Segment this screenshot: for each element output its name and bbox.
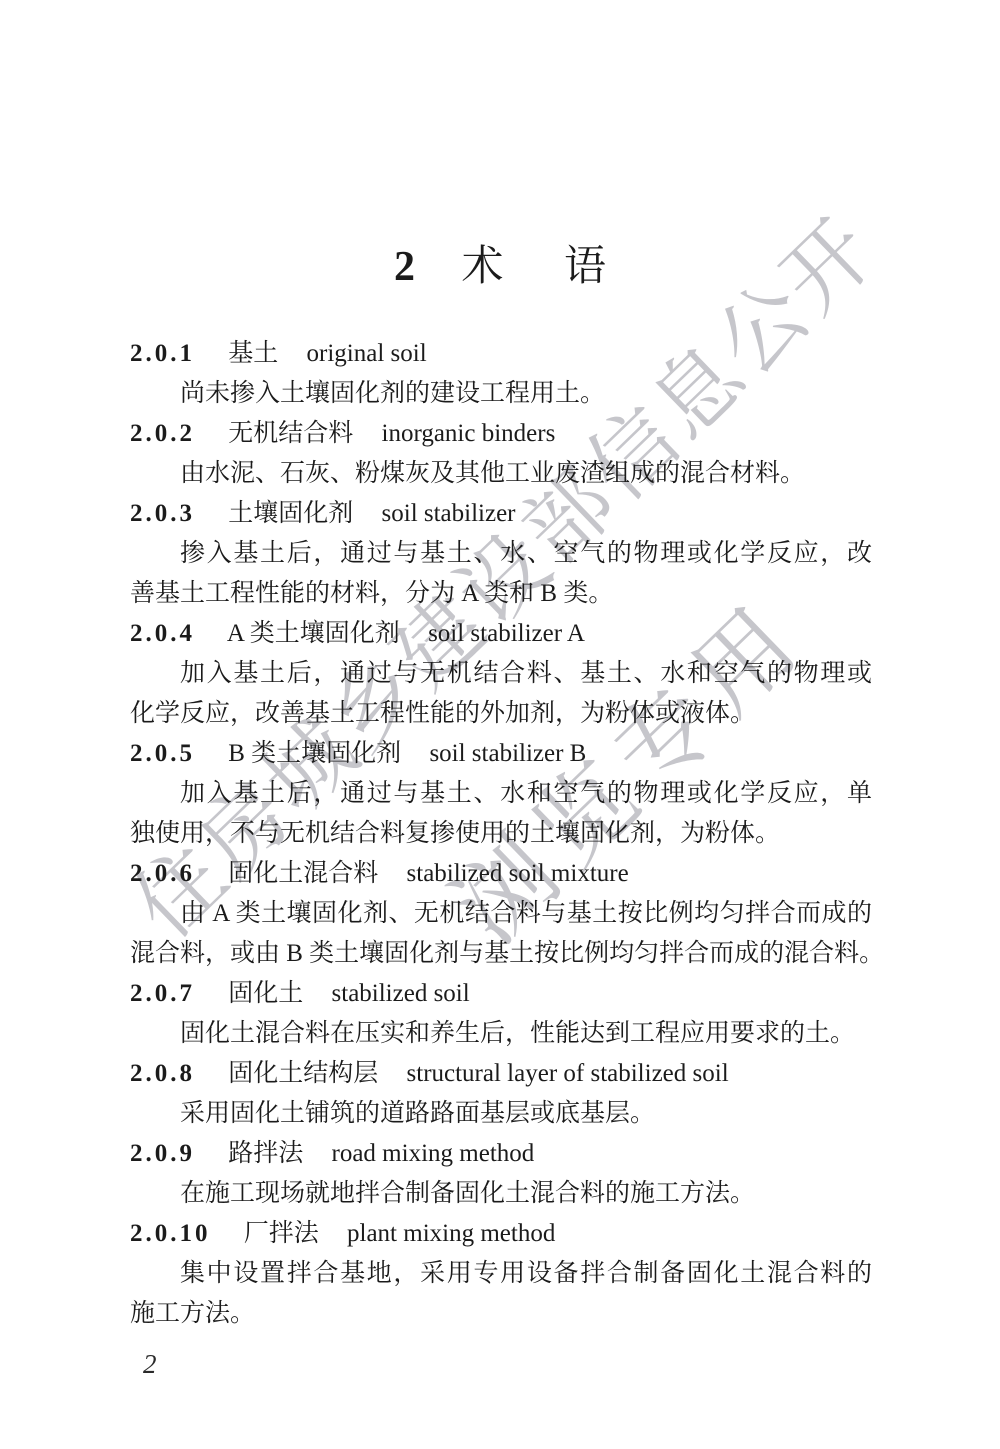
term-chinese: 固化土 xyxy=(228,980,303,1007)
chapter-title: 2 术 语 xyxy=(129,243,871,291)
term-item: 2.0.9 路拌法 road mixing method 在施工现场就地拌合制备… xyxy=(130,1134,872,1214)
term-number: 2.0.6 xyxy=(130,860,195,887)
term-number: 2.0.5 xyxy=(130,740,195,767)
term-heading: 2.0.6 固化土混合料 stabilized soil mixture xyxy=(130,854,872,894)
term-item: 2.0.10 厂拌法 plant mixing method 集中设置拌合基地，… xyxy=(130,1214,872,1334)
term-chinese: 固化土结构层 xyxy=(228,1060,378,1087)
definition-line: 采用固化土铺筑的道路路面基层或底基层。 xyxy=(130,1094,872,1134)
page-number: 2 xyxy=(143,1349,157,1380)
chapter-number: 2 xyxy=(394,244,415,290)
term-heading: 2.0.8 固化土结构层 structural layer of stabili… xyxy=(130,1054,872,1094)
term-number: 2.0.9 xyxy=(130,1140,195,1167)
term-number: 2.0.1 xyxy=(130,340,195,367)
term-item: 2.0.3 土壤固化剂 soil stabilizer 掺入基土后，通过与基土、… xyxy=(130,494,872,614)
definition-line: 掺入基土后，通过与基土、水、空气的物理或化学反应，改 xyxy=(130,534,872,574)
content-layer: 2 术 语 2.0.1 基土 original soil 尚未掺入土壤固化剂的建… xyxy=(0,0,1000,1449)
term-item: 2.0.6 固化土混合料 stabilized soil mixture 由 A… xyxy=(130,854,872,974)
chapter-name-char-2: 语 xyxy=(564,244,606,290)
definition-line: 加入基土后，通过与无机结合料、基土、水和空气的物理或 xyxy=(130,654,872,694)
term-number: 2.0.2 xyxy=(130,420,195,447)
term-chinese: 厂拌法 xyxy=(244,1220,319,1247)
term-definition: 在施工现场就地拌合制备固化土混合料的施工方法。 xyxy=(130,1174,872,1214)
term-definition: 尚未掺入土壤固化剂的建设工程用土。 xyxy=(130,374,872,414)
term-chinese: 无机结合料 xyxy=(228,420,353,447)
term-definition: 由 A 类土壤固化剂、无机结合料与基土按比例均匀拌合而成的混合料，或由 B 类土… xyxy=(130,894,872,974)
term-number: 2.0.10 xyxy=(130,1220,211,1247)
term-heading: 2.0.5 B 类土壤固化剂 soil stabilizer B xyxy=(130,734,872,774)
term-heading: 2.0.7 固化土 stabilized soil xyxy=(130,974,872,1014)
term-item: 2.0.2 无机结合料 inorganic binders 由水泥、石灰、粉煤灰… xyxy=(130,414,872,494)
definition-line: 善基土工程性能的材料，分为 A 类和 B 类。 xyxy=(130,574,872,614)
term-number: 2.0.4 xyxy=(130,620,195,647)
term-item: 2.0.7 固化土 stabilized soil 固化土混合料在压实和养生后，… xyxy=(130,974,872,1054)
term-english: soil stabilizer A xyxy=(428,620,585,647)
term-english: stabilized soil mixture xyxy=(407,860,629,887)
term-item: 2.0.4 A 类土壤固化剂 soil stabilizer A 加入基土后，通… xyxy=(130,614,872,734)
definition-line: 集中设置拌合基地，采用专用设备拌合制备固化土混合料的 xyxy=(130,1254,872,1294)
term-english: stabilized soil xyxy=(332,980,470,1007)
term-number: 2.0.3 xyxy=(130,500,195,527)
document-page: 住房城乡建设部信息公开 浏览专用 2 术 语 2.0.1 基土 original… xyxy=(0,0,1000,1449)
term-english: original soil xyxy=(307,340,427,367)
term-english: soil stabilizer B xyxy=(429,740,586,767)
term-heading: 2.0.9 路拌法 road mixing method xyxy=(130,1134,872,1174)
term-english: inorganic binders xyxy=(382,420,556,447)
definition-line: 混合料，或由 B 类土壤固化剂与基土按比例均匀拌合而成的混合料。 xyxy=(130,934,872,974)
term-chinese: 土壤固化剂 xyxy=(228,500,353,527)
term-definition: 掺入基土后，通过与基土、水、空气的物理或化学反应，改善基土工程性能的材料，分为 … xyxy=(130,534,872,614)
definition-line: 加入基土后，通过与基土、水和空气的物理或化学反应，单 xyxy=(130,774,872,814)
term-item: 2.0.8 固化土结构层 structural layer of stabili… xyxy=(130,1054,872,1134)
term-english: structural layer of stabilized soil xyxy=(407,1060,729,1087)
term-heading: 2.0.2 无机结合料 inorganic binders xyxy=(130,414,872,454)
term-heading: 2.0.3 土壤固化剂 soil stabilizer xyxy=(130,494,872,534)
term-item: 2.0.5 B 类土壤固化剂 soil stabilizer B 加入基土后，通… xyxy=(130,734,872,854)
definition-line: 化学反应，改善基土工程性能的外加剂，为粉体或液体。 xyxy=(130,694,872,734)
term-english: road mixing method xyxy=(332,1140,535,1167)
definition-line: 在施工现场就地拌合制备固化土混合料的施工方法。 xyxy=(130,1174,872,1214)
chapter-name-char-1: 术 xyxy=(461,244,503,290)
term-english: plant mixing method xyxy=(347,1220,555,1247)
definition-line: 由水泥、石灰、粉煤灰及其他工业废渣组成的混合材料。 xyxy=(130,454,872,494)
term-number: 2.0.8 xyxy=(130,1060,195,1087)
definition-line: 施工方法。 xyxy=(130,1294,872,1334)
term-heading: 2.0.10 厂拌法 plant mixing method xyxy=(130,1214,872,1254)
term-heading: 2.0.4 A 类土壤固化剂 soil stabilizer A xyxy=(130,614,872,654)
definition-line: 尚未掺入土壤固化剂的建设工程用土。 xyxy=(130,374,872,414)
term-definition: 加入基土后，通过与基土、水和空气的物理或化学反应，单独使用，不与无机结合料复掺使… xyxy=(130,774,872,854)
term-chinese: A 类土壤固化剂 xyxy=(227,620,400,647)
term-definition: 集中设置拌合基地，采用专用设备拌合制备固化土混合料的施工方法。 xyxy=(130,1254,872,1334)
definition-line: 由 A 类土壤固化剂、无机结合料与基土按比例均匀拌合而成的 xyxy=(130,894,872,934)
definition-line: 独使用，不与无机结合料复掺使用的土壤固化剂，为粉体。 xyxy=(130,814,872,854)
definition-line: 固化土混合料在压实和养生后，性能达到工程应用要求的土。 xyxy=(130,1014,872,1054)
term-heading: 2.0.1 基土 original soil xyxy=(130,334,872,374)
terms-list: 2.0.1 基土 original soil 尚未掺入土壤固化剂的建设工程用土。… xyxy=(130,334,872,1334)
term-chinese: 固化土混合料 xyxy=(228,860,378,887)
term-item: 2.0.1 基土 original soil 尚未掺入土壤固化剂的建设工程用土。 xyxy=(130,334,872,414)
term-number: 2.0.7 xyxy=(130,980,195,1007)
term-definition: 采用固化土铺筑的道路路面基层或底基层。 xyxy=(130,1094,872,1134)
term-english: soil stabilizer xyxy=(382,500,516,527)
term-chinese: B 类土壤固化剂 xyxy=(228,740,401,767)
term-definition: 固化土混合料在压实和养生后，性能达到工程应用要求的土。 xyxy=(130,1014,872,1054)
term-definition: 加入基土后，通过与无机结合料、基土、水和空气的物理或化学反应，改善基土工程性能的… xyxy=(130,654,872,734)
term-chinese: 基土 xyxy=(228,340,278,367)
term-chinese: 路拌法 xyxy=(228,1140,303,1167)
term-definition: 由水泥、石灰、粉煤灰及其他工业废渣组成的混合材料。 xyxy=(130,454,872,494)
